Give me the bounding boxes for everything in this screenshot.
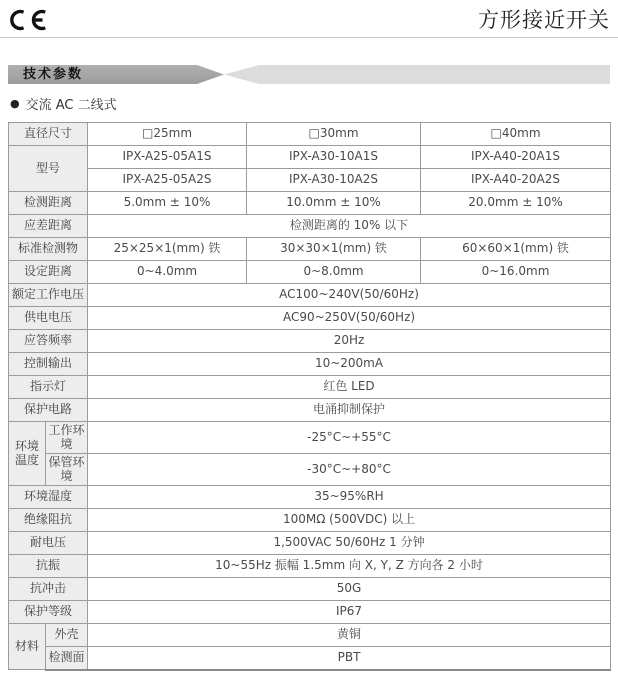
cell-value: 5.0mm ± 10% — [88, 192, 247, 215]
row-model-2: IPX-A25-05A2S IPX-A30-10A2S IPX-A40-20A2… — [9, 169, 611, 192]
row-label: 绝缘阻抗 — [9, 509, 88, 532]
row-label: 设定距离 — [9, 261, 88, 284]
cell-value: -25°C~+55°C — [88, 422, 611, 454]
cell-value: 100MΩ (500VDC) 以上 — [88, 509, 611, 532]
page-header: 方形接近开关 — [0, 0, 618, 38]
row-ambient-humidity: 环境湿度 35~95%RH — [9, 486, 611, 509]
row-ambient-temp-operating: 环境温度 工作环境 -25°C~+55°C — [9, 422, 611, 454]
row-diameter: 直径尺寸 □25mm □30mm □40mm — [9, 123, 611, 146]
row-label: 控制输出 — [9, 353, 88, 376]
cell-value: 10~200mA — [88, 353, 611, 376]
row-rated-voltage: 额定工作电压 AC100~240V(50/60Hz) — [9, 284, 611, 307]
cell-value: AC100~240V(50/60Hz) — [88, 284, 611, 307]
cell-value: PBT — [88, 647, 611, 670]
row-label: 直径尺寸 — [9, 123, 88, 146]
spec-sheet-page: 方形接近开关 技术参数 ● 交流 AC 二线式 直径尺寸 □25mm □30mm… — [0, 0, 618, 671]
row-label: 抗冲击 — [9, 578, 88, 601]
cell-value: 黄铜 — [88, 624, 611, 647]
row-sublabel: 保管环境 — [46, 454, 88, 486]
row-standard-object: 标准检测物 25×25×1(mm) 铁 30×30×1(mm) 铁 60×60×… — [9, 238, 611, 261]
row-label: 供电电压 — [9, 307, 88, 330]
row-label: 耐电压 — [9, 532, 88, 555]
cell-value: IPX-A40-20A1S — [421, 146, 611, 169]
cell-value: AC90~250V(50/60Hz) — [88, 307, 611, 330]
row-supply-voltage: 供电电压 AC90~250V(50/60Hz) — [9, 307, 611, 330]
section-banner-tail — [224, 65, 610, 84]
cell-value: -30°C~+80°C — [88, 454, 611, 486]
cell-value: 1,500VAC 50/60Hz 1 分钟 — [88, 532, 611, 555]
row-sensing-distance: 检测距离 5.0mm ± 10% 10.0mm ± 10% 20.0mm ± 1… — [9, 192, 611, 215]
row-vibration: 抗振 10~55Hz 振幅 1.5mm 向 X, Y, Z 方向各 2 小时 — [9, 555, 611, 578]
row-insulation-resistance: 绝缘阻抗 100MΩ (500VDC) 以上 — [9, 509, 611, 532]
cell-value: 电涌抑制保护 — [88, 399, 611, 422]
cell-value: 60×60×1(mm) 铁 — [421, 238, 611, 261]
cell-value: □25mm — [88, 123, 247, 146]
cell-value: 10~55Hz 振幅 1.5mm 向 X, Y, Z 方向各 2 小时 — [88, 555, 611, 578]
row-label: 抗振 — [9, 555, 88, 578]
row-label: 环境湿度 — [9, 486, 88, 509]
page-title: 方形接近开关 — [478, 5, 610, 35]
row-label: 环境温度 — [9, 422, 46, 486]
row-label: 保护等级 — [9, 601, 88, 624]
ce-mark-icon — [6, 5, 52, 35]
row-protection-rating: 保护等级 IP67 — [9, 601, 611, 624]
row-label: 标准检测物 — [9, 238, 88, 261]
cell-value: 50G — [88, 578, 611, 601]
cell-value: 30×30×1(mm) 铁 — [247, 238, 421, 261]
cell-value: 35~95%RH — [88, 486, 611, 509]
row-withstand-voltage: 耐电压 1,500VAC 50/60Hz 1 分钟 — [9, 532, 611, 555]
cell-value: □40mm — [421, 123, 611, 146]
cell-value: IPX-A25-05A2S — [88, 169, 247, 192]
row-label: 检测距离 — [9, 192, 88, 215]
cell-value: IPX-A30-10A2S — [247, 169, 421, 192]
cell-value: 0~4.0mm — [88, 261, 247, 284]
row-material-housing: 材料 外壳 黄铜 — [9, 624, 611, 647]
row-sublabel: 外壳 — [46, 624, 88, 647]
section-banner-label: 技术参数 — [8, 65, 224, 84]
row-response-frequency: 应答频率 20Hz — [9, 330, 611, 353]
spec-table: 直径尺寸 □25mm □30mm □40mm 型号 IPX-A25-05A1S … — [8, 122, 611, 671]
row-label: 额定工作电压 — [9, 284, 88, 307]
row-label: 材料 — [9, 624, 46, 670]
row-label: 型号 — [9, 146, 88, 192]
cell-value: 检测距离的 10% 以下 — [88, 215, 611, 238]
section-banner: 技术参数 — [8, 65, 610, 84]
row-sublabel: 工作环境 — [46, 422, 88, 454]
cell-value: IPX-A30-10A1S — [247, 146, 421, 169]
cell-value: IPX-A25-05A1S — [88, 146, 247, 169]
cell-value: 10.0mm ± 10% — [247, 192, 421, 215]
row-indicator: 指示灯 红色 LED — [9, 376, 611, 399]
subtitle-text: 交流 AC 二线式 — [26, 94, 117, 113]
row-ambient-temp-storage: 保管环境 -30°C~+80°C — [9, 454, 611, 486]
row-hysteresis: 应差距离 检测距离的 10% 以下 — [9, 215, 611, 238]
cell-value: IPX-A40-20A2S — [421, 169, 611, 192]
row-setting-distance: 设定距离 0~4.0mm 0~8.0mm 0~16.0mm — [9, 261, 611, 284]
cell-value: 红色 LED — [88, 376, 611, 399]
cell-value: □30mm — [247, 123, 421, 146]
row-control-output: 控制输出 10~200mA — [9, 353, 611, 376]
cell-value: IP67 — [88, 601, 611, 624]
row-label: 应答频率 — [9, 330, 88, 353]
cell-value: 20Hz — [88, 330, 611, 353]
cell-value: 0~8.0mm — [247, 261, 421, 284]
row-model-1: 型号 IPX-A25-05A1S IPX-A30-10A1S IPX-A40-2… — [9, 146, 611, 169]
cell-value: 20.0mm ± 10% — [421, 192, 611, 215]
subtitle-line: ● 交流 AC 二线式 — [10, 94, 610, 113]
row-label: 指示灯 — [9, 376, 88, 399]
row-material-sensing-face: 检测面 PBT — [9, 647, 611, 670]
row-label: 保护电路 — [9, 399, 88, 422]
row-shock: 抗冲击 50G — [9, 578, 611, 601]
row-protection-circuit: 保护电路 电涌抑制保护 — [9, 399, 611, 422]
row-sublabel: 检测面 — [46, 647, 88, 670]
row-label: 应差距离 — [9, 215, 88, 238]
bullet-icon: ● — [10, 98, 20, 109]
cell-value: 25×25×1(mm) 铁 — [88, 238, 247, 261]
cell-value: 0~16.0mm — [421, 261, 611, 284]
